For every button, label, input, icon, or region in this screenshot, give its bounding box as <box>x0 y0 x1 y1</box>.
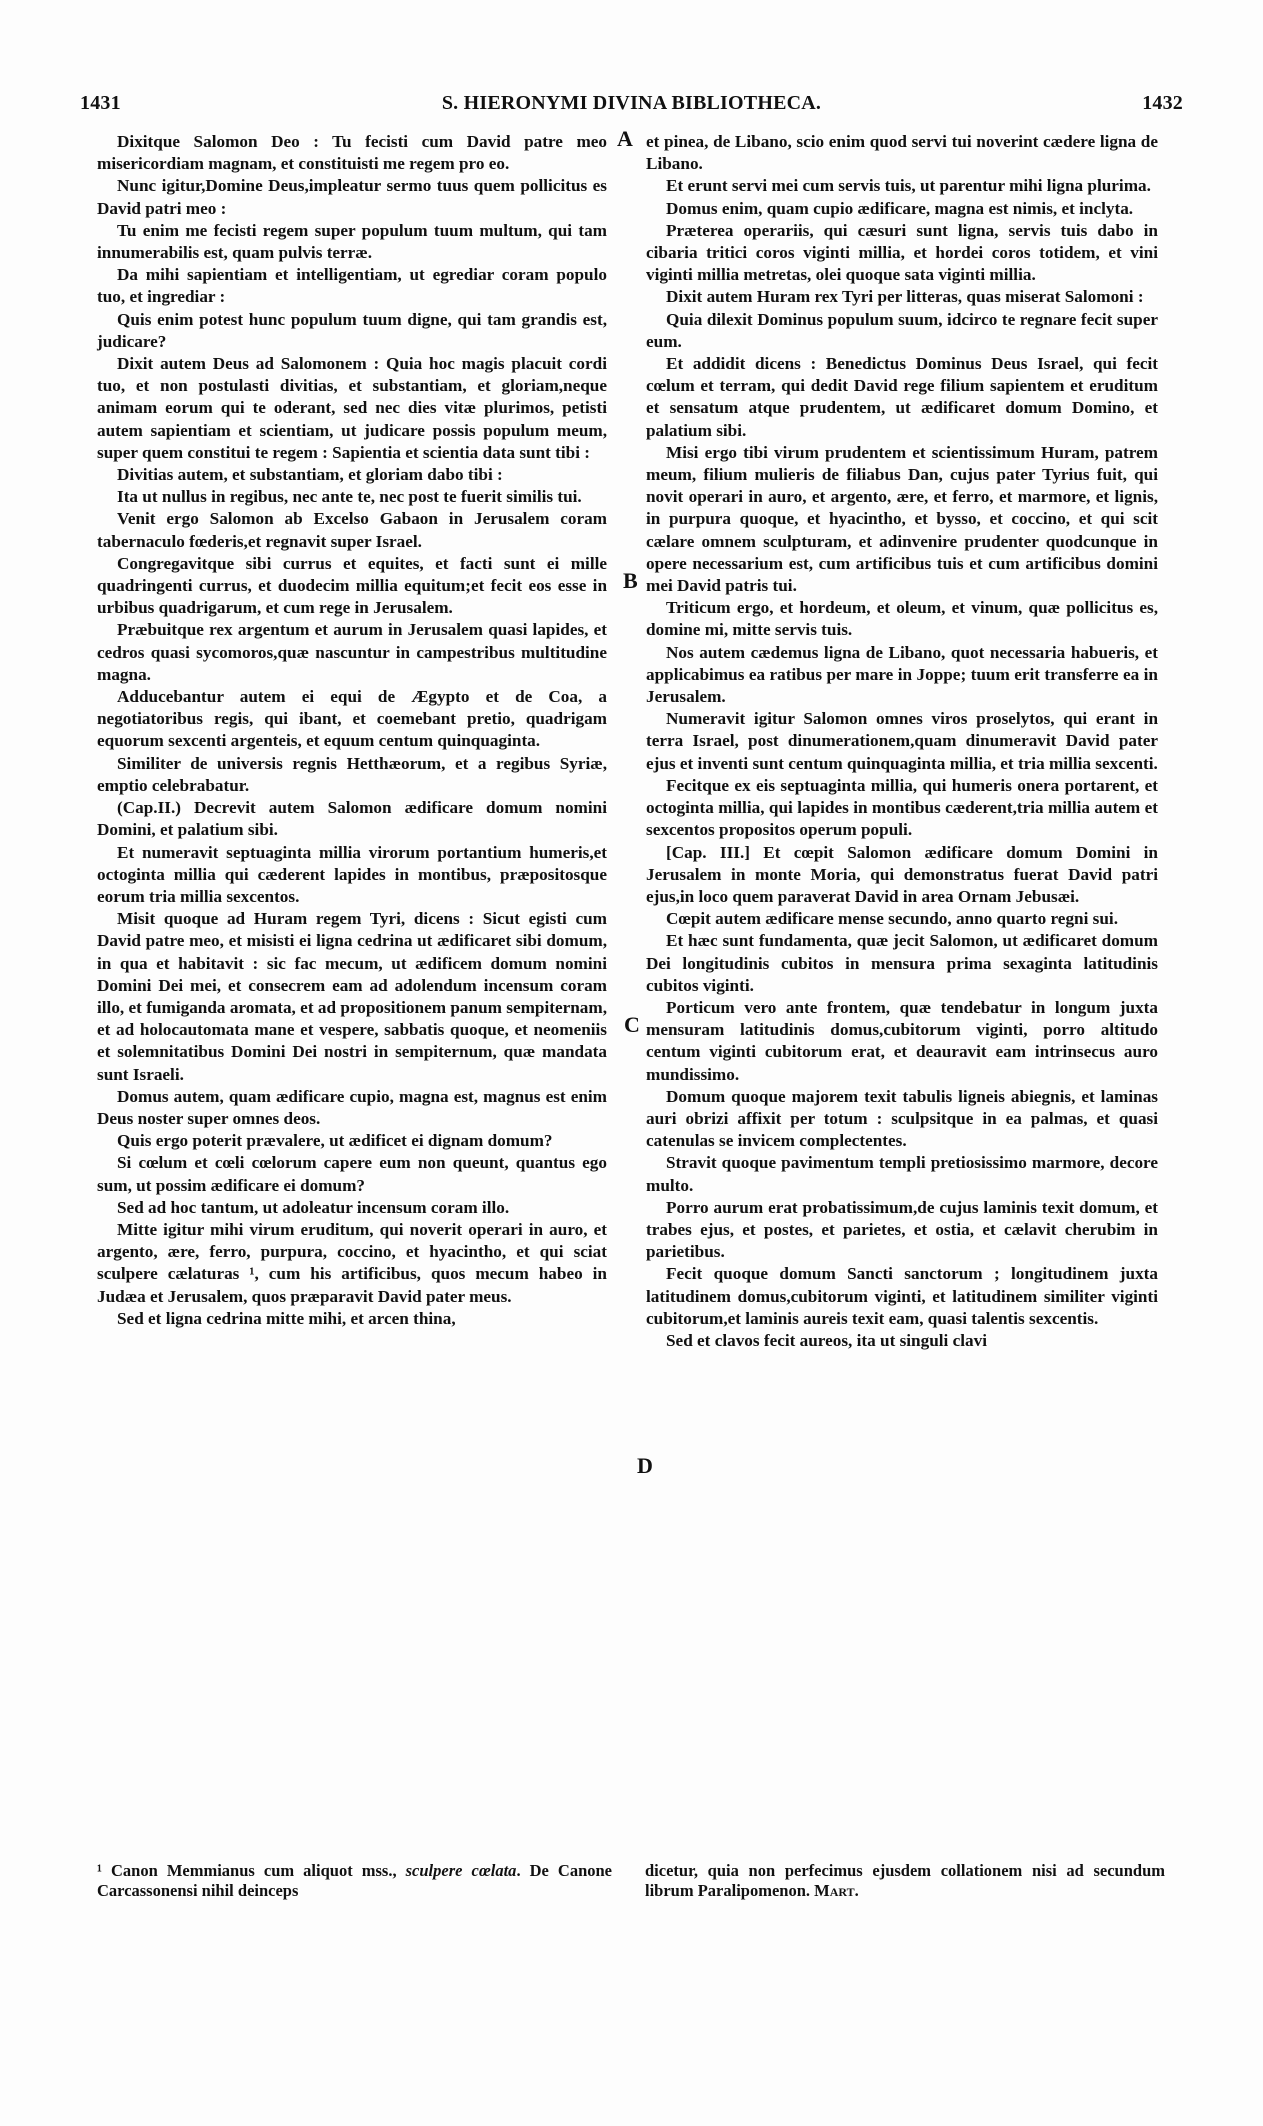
chapter-2-paragraph: (Cap.II.) Decrevit autem Salomon ædifica… <box>97 797 607 841</box>
verse-paragraph: Fecit quoque domum Sancti sanctorum ; lo… <box>646 1263 1158 1330</box>
verse-paragraph: Da mihi sapientiam et intelligentiam, ut… <box>97 264 607 308</box>
verse-paragraph: Et hæc sunt fundamenta, quæ jecit Salomo… <box>646 930 1158 997</box>
footnote-right: dicetur, quia non perfecimus ejusdem col… <box>645 1861 1165 1901</box>
verse-paragraph: Domum quoque majorem texit tabulis ligne… <box>646 1086 1158 1153</box>
verse-paragraph: Porticum vero ante frontem, quæ tendebat… <box>646 997 1158 1086</box>
verse-paragraph: Venit ergo Salomon ab Excelso Gabaon in … <box>97 508 607 552</box>
verse-paragraph: Misi ergo tibi virum prudentem et scient… <box>646 442 1158 597</box>
verse-paragraph: Domus autem, quam ædificare cupio, magna… <box>97 1086 607 1130</box>
verse-paragraph: Si cœlum et cœli cœlorum capere eum non … <box>97 1152 607 1196</box>
verse-paragraph: Cœpit autem ædificare mense secundo, ann… <box>646 908 1158 930</box>
verse-paragraph: Quis ergo poterit prævalere, ut ædificet… <box>97 1130 607 1152</box>
margin-letter-a: A <box>617 126 633 152</box>
footnote-text: dicetur, quia non perfecimus ejusdem col… <box>645 1861 1165 1900</box>
verse-paragraph: Mitte igitur mihi virum eruditum, qui no… <box>97 1219 607 1308</box>
running-head: 1431 S. HIERONYMI DIVINA BIBLIOTHECA. 14… <box>80 92 1183 118</box>
left-column: Dixitque Salomon Deo : Tu fecisti cum Da… <box>97 131 607 1330</box>
verse-paragraph: Sed et ligna cedrina mitte mihi, et arce… <box>97 1308 607 1330</box>
verse-paragraph: Dixit autem Huram rex Tyri per litteras,… <box>646 286 1158 308</box>
verse-paragraph: Numeravit igitur Salomon omnes viros pro… <box>646 708 1158 775</box>
verse-paragraph: Congregavitque sibi currus et equites, e… <box>97 553 607 620</box>
chapter-3-paragraph: [Cap. III.] Et cœpit Salomon ædificare d… <box>646 842 1158 909</box>
verse-paragraph: Præbuitque rex argentum et aurum in Jeru… <box>97 619 607 686</box>
verse-paragraph: Et erunt servi mei cum servis tuis, ut p… <box>646 175 1158 197</box>
margin-letter-b: B <box>623 568 638 594</box>
verse-paragraph: Quis enim potest hunc populum tuum digne… <box>97 309 607 353</box>
verse-paragraph: Præterea operariis, qui cæsuri sunt lign… <box>646 220 1158 287</box>
verse-paragraph: Quia dilexit Dominus populum suum, idcir… <box>646 309 1158 353</box>
footnote-signature: Mart. <box>814 1881 859 1900</box>
footnote-left: ¹ Canon Memmianus cum aliquot mss., scul… <box>97 1861 612 1901</box>
verse-paragraph: Dixitque Salomon Deo : Tu fecisti cum Da… <box>97 131 607 175</box>
verse-paragraph: Fecitque ex eis septuaginta millia, qui … <box>646 775 1158 842</box>
margin-letter-d: D <box>637 1453 653 1479</box>
right-column: et pinea, de Libano, scio enim quod serv… <box>646 131 1158 1352</box>
book-page: 1431 S. HIERONYMI DIVINA BIBLIOTHECA. 14… <box>0 0 1263 2126</box>
verse-paragraph: Domus enim, quam cupio ædificare, magna … <box>646 198 1158 220</box>
page-number-right: 1432 <box>1142 92 1183 115</box>
verse-paragraph: Tu enim me fecisti regem super populum t… <box>97 220 607 264</box>
verse-paragraph: Similiter de universis regnis Hetthæorum… <box>97 753 607 797</box>
verse-paragraph: Porro aurum erat probatissimum,de cujus … <box>646 1197 1158 1264</box>
verse-paragraph: Misit quoque ad Huram regem Tyri, dicens… <box>97 908 607 1086</box>
footnote-text: Canon Memmianus cum aliquot mss., <box>102 1861 406 1880</box>
verse-paragraph: Divitias autem, et substantiam, et glori… <box>97 464 607 486</box>
footnote-italic-text: sculpere cœlata <box>406 1861 517 1880</box>
running-title: S. HIERONYMI DIVINA BIBLIOTHECA. <box>80 92 1183 115</box>
verse-paragraph: Sed et clavos fecit aureos, ita ut singu… <box>646 1330 1158 1352</box>
verse-paragraph: Sed ad hoc tantum, ut adoleatur incensum… <box>97 1197 607 1219</box>
verse-paragraph: Et numeravit septuaginta millia virorum … <box>97 842 607 909</box>
verse-paragraph: Adducebantur autem ei equi de Ægypto et … <box>97 686 607 753</box>
verse-paragraph: Et addidit dicens : Benedictus Dominus D… <box>646 353 1158 442</box>
verse-paragraph: Stravit quoque pavimentum templi pretios… <box>646 1152 1158 1196</box>
margin-letter-c: C <box>624 1012 640 1038</box>
verse-paragraph: Dixit autem Deus ad Salomonem : Quia hoc… <box>97 353 607 464</box>
verse-paragraph: Nos autem cædemus ligna de Libano, quot … <box>646 642 1158 709</box>
verse-paragraph: Triticum ergo, et hordeum, et oleum, et … <box>646 597 1158 641</box>
verse-paragraph-continued: et pinea, de Libano, scio enim quod serv… <box>646 131 1158 175</box>
verse-paragraph: Ita ut nullus in regibus, nec ante te, n… <box>97 486 607 508</box>
verse-paragraph: Nunc igitur,Domine Deus,impleatur sermo … <box>97 175 607 219</box>
